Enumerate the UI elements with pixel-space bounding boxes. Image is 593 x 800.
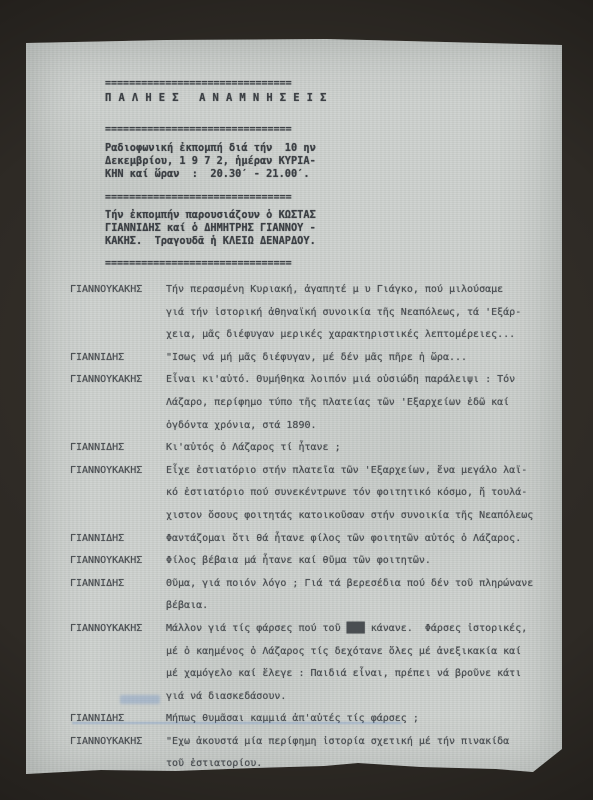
speaker-label: ΓΙΑΝΝΙΔΗΣ bbox=[70, 528, 166, 551]
speaker-text: "Ισως νά μή μᾶς διέφυγαν, μέ δέν μᾶς πῆρ… bbox=[166, 347, 550, 370]
speaker-text: Τήν περασμένη Κυριακή, ἀγαπητέ μ υ Γιάγκ… bbox=[166, 279, 550, 347]
dialogue-turn: ΓΙΑΝΝΙΔΗΣ Φαντάζομαι ὅτι θά ἦτανε φίλος … bbox=[70, 528, 550, 551]
typed-divider-mid-upper: =============================== bbox=[105, 193, 292, 203]
dialogue-turn: ΓΙΑΝΝΟΥΚΑΚΗΣ Εἶναι κι'αὐτό. Θυμήθηκα λοι… bbox=[70, 369, 550, 437]
speaker-text: Μήπως θυμᾶσαι καμμιά ἀπ'αὐτές τίς φάρσες… bbox=[166, 708, 550, 731]
speaker-label: ΓΙΑΝΝΟΥΚΑΚΗΣ bbox=[70, 460, 166, 483]
faint-pen-underline bbox=[72, 722, 402, 724]
faint-blue-stamp bbox=[120, 695, 160, 704]
speaker-text: Εἶχε ἑστιατόριο στήν πλατεῖα τῶν 'Εξαρχε… bbox=[166, 460, 550, 528]
speaker-label: ΓΙΑΝΝΟΥΚΑΚΗΣ bbox=[70, 731, 166, 754]
scan-background: { "page": { "title": "Π Α Λ Η Ε Σ Α Ν Α … bbox=[0, 0, 593, 800]
presenters-info: Τήν ἐκπομπήν παρουσιάζουν ὁ ΚΩΣΤΑΣ ΓΙΑΝΝ… bbox=[105, 209, 316, 248]
speaker-text: Εἶναι κι'αὐτό. Θυμήθηκα λοιπόν μιά οὐσιώ… bbox=[166, 369, 550, 437]
dialogue-turn: ΓΙΑΝΝΙΔΗΣ Θῦμα, γιά ποιόν λόγο ; Γιά τά … bbox=[70, 573, 550, 618]
broadcast-info: Ραδιοφωνική ἐκπομπή διά τήν 10 ην Δεκεμβ… bbox=[105, 142, 316, 181]
document-page: =============================== Π Α Λ Η … bbox=[26, 38, 562, 778]
speaker-text: Φαντάζομαι ὅτι θά ἦτανε φίλος τῶν φοιτητ… bbox=[166, 528, 550, 551]
speaker-text: Μάλλον γιά τίς φάρσες πού τοῦ ███ κάνανε… bbox=[166, 618, 550, 708]
speaker-label: ΓΙΑΝΝΙΔΗΣ bbox=[70, 347, 166, 370]
dialogue-turn: ΓΙΑΝΝΟΥΚΑΚΗΣ Φίλος βέβαια μά ἦτανε καί θ… bbox=[70, 550, 550, 573]
speaker-label: ΓΙΑΝΝΟΥΚΑΚΗΣ bbox=[70, 550, 166, 573]
dialogue-turn: ΓΙΑΝΝΟΥΚΑΚΗΣ "Εχω ἀκουστά μία περίφημη ἱ… bbox=[70, 731, 550, 776]
dialogue-turn: ΓΙΑΝΝΙΔΗΣ "Ισως νά μή μᾶς διέφυγαν, μέ δ… bbox=[70, 347, 550, 370]
dialogue-turn: ΓΙΑΝΝΟΥΚΑΚΗΣ Εἶχε ἑστιατόριο στήν πλατεῖ… bbox=[70, 460, 550, 528]
dialogue-turn: ΓΙΑΝΝΙΔΗΣ Μήπως θυμᾶσαι καμμιά ἀπ'αὐτές … bbox=[70, 708, 550, 731]
speaker-text: Φίλος βέβαια μά ἦτανε καί θῦμα τῶν φοιτη… bbox=[166, 550, 550, 573]
speaker-label: ΓΙΑΝΝΙΔΗΣ bbox=[70, 437, 166, 460]
typed-divider-under-title: =============================== bbox=[105, 125, 292, 135]
page-title: Π Α Λ Η Ε Σ Α Ν Α Μ Ν Η Σ Ε Ι Σ bbox=[105, 91, 327, 105]
speaker-text: "Εχω ἀκουστά μία περίφημη ἱστορία σχετικ… bbox=[166, 731, 550, 776]
speaker-label: ΓΙΑΝΝΟΥΚΑΚΗΣ bbox=[70, 369, 166, 392]
dialogue-turn: ΓΙΑΝΝΟΥΚΑΚΗΣ Τήν περασμένη Κυριακή, ἀγαπ… bbox=[70, 279, 550, 347]
speaker-text: Θῦμα, γιά ποιόν λόγο ; Γιά τά βερεσέδια … bbox=[166, 573, 550, 618]
speaker-label: ΓΙΑΝΝΙΔΗΣ bbox=[70, 708, 166, 731]
speaker-label: ΓΙΑΝΝΟΥΚΑΚΗΣ bbox=[70, 279, 166, 302]
speaker-label: ΓΙΑΝΝΟΥΚΑΚΗΣ bbox=[70, 618, 166, 641]
typed-divider-top: =============================== bbox=[105, 79, 292, 89]
typed-divider-mid-lower: =============================== bbox=[105, 259, 292, 269]
dialogue-turn: ΓΙΑΝΝΙΔΗΣ Κι'αὐτός ὁ Λάζαρος τί ἦτανε ; bbox=[70, 437, 550, 460]
speaker-text: Κι'αὐτός ὁ Λάζαρος τί ἦτανε ; bbox=[166, 437, 550, 460]
speaker-label: ΓΙΑΝΝΙΔΗΣ bbox=[70, 573, 166, 596]
